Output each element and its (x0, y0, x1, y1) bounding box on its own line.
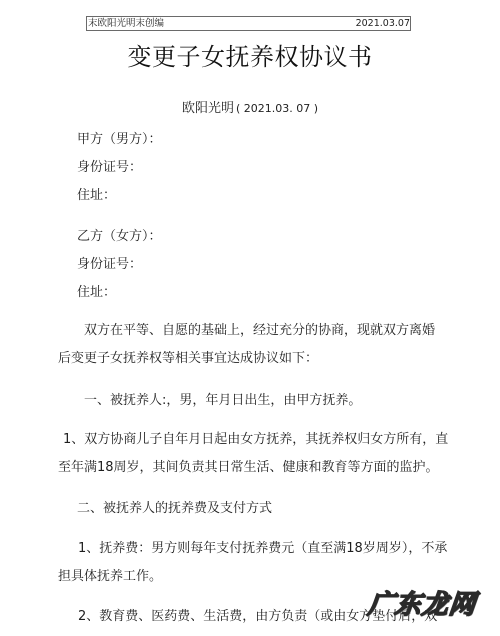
party-b-address-label: 住址： (77, 284, 116, 302)
watermark-logo: 广东龙网 (366, 590, 477, 620)
clause-2-1-line2: 担具体抚养工作。 (58, 568, 162, 586)
author-name: 欧阳光明 (182, 101, 234, 116)
document-title: 变更子女抚养权协议书 (0, 42, 500, 72)
author-date: ( 2021.03. 07 ) (236, 102, 318, 115)
intro-paragraph-line1: 双方在平等、自愿的基础上，经过充分的协商，现就双方离婚 (84, 322, 435, 340)
party-b-id-label: 身份证号： (77, 256, 142, 274)
clause-1-1-line2: 至年满18周岁，其间负责其日常生活、健康和教育等方面的监护。 (58, 459, 439, 477)
clause-2-1-line1: 1、抚养费：男方则每年支付抚养费元（直至满18岁周岁），不承 (78, 540, 447, 558)
party-a-label: 甲方（男方）： (77, 131, 162, 149)
author-line: 欧阳光明( 2021.03. 07 ) (0, 100, 500, 118)
intro-paragraph-line2: 后变更子女抚养权等相关事宜达成协议如下： (58, 350, 318, 368)
section-2-heading: 二、被抚养人的抚养费及支付方式 (77, 500, 272, 518)
party-b-label: 乙方（女方）： (77, 228, 162, 246)
header-author-text: 末欧阳光明末创编 (88, 17, 164, 30)
document-header: 末欧阳光明末创编 2021.03.07 (86, 16, 411, 31)
header-date: 2021.03.07 (356, 17, 410, 30)
party-a-id-label: 身份证号： (77, 159, 142, 177)
clause-1-1-line1: 1、双方协商儿子自年月日起由女方抚养，其抚养权归女方所有，直 (63, 431, 448, 449)
party-a-address-label: 住址： (77, 187, 116, 205)
section-1-heading: 一、被抚养人:，男，年月日出生，由甲方抚养。 (84, 392, 361, 410)
